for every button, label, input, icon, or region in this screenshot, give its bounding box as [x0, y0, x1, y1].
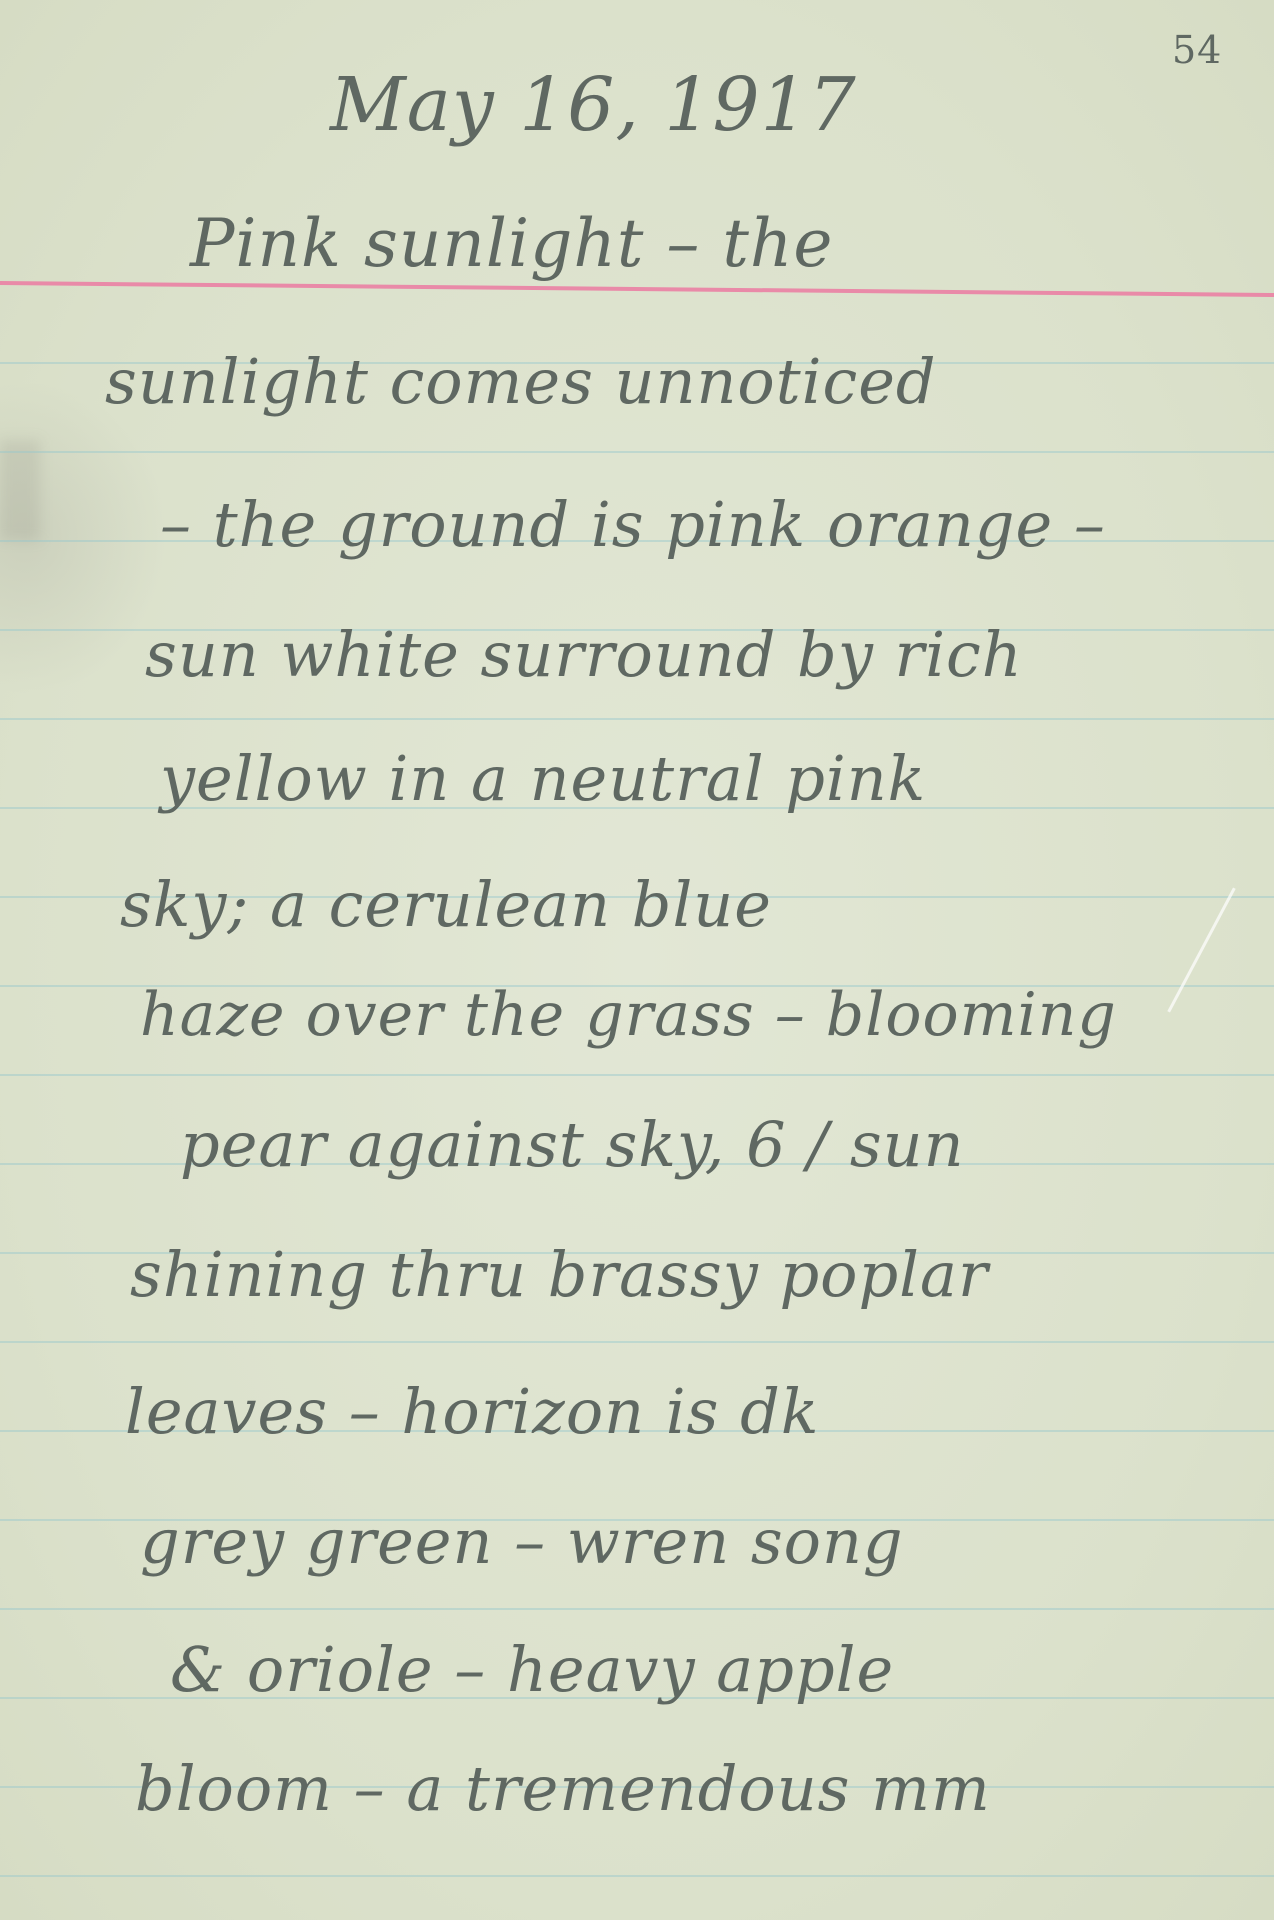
rule-line — [0, 451, 1274, 453]
text-line: & oriole – heavy apple — [170, 1633, 894, 1706]
text-line: bloom – a tremendous mm — [135, 1752, 991, 1825]
text-line: Pink sunlight – the — [190, 205, 833, 282]
rule-line — [0, 1341, 1274, 1343]
rule-line — [0, 1608, 1274, 1610]
journal-page: 54 May 16, 1917 Pink sunlight – the sunl… — [0, 0, 1274, 1920]
text-line: sunlight comes unnoticed — [105, 345, 937, 418]
text-line: shining thru brassy poplar — [130, 1238, 989, 1311]
text-line: yellow in a neutral pink — [160, 742, 926, 815]
pink-margin-line — [0, 281, 1274, 297]
text-line: pear against sky, 6 / sun — [180, 1108, 965, 1181]
rule-line — [0, 718, 1274, 720]
text-line: haze over the grass – blooming — [140, 980, 1117, 1050]
entry-date: May 16, 1917 — [330, 62, 857, 148]
text-line: sun white surround by rich — [145, 618, 1023, 691]
rule-line — [0, 1074, 1274, 1076]
paper-smudge — [0, 440, 40, 540]
rule-line — [0, 1875, 1274, 1877]
text-line: leaves – horizon is dk — [125, 1375, 819, 1448]
page-number: 54 — [1172, 28, 1222, 72]
paper-scratch — [1167, 887, 1235, 1012]
text-line: – the ground is pink orange – — [160, 488, 1106, 561]
text-line: sky; a cerulean blue — [120, 868, 772, 941]
text-line: grey green – wren song — [140, 1505, 904, 1578]
